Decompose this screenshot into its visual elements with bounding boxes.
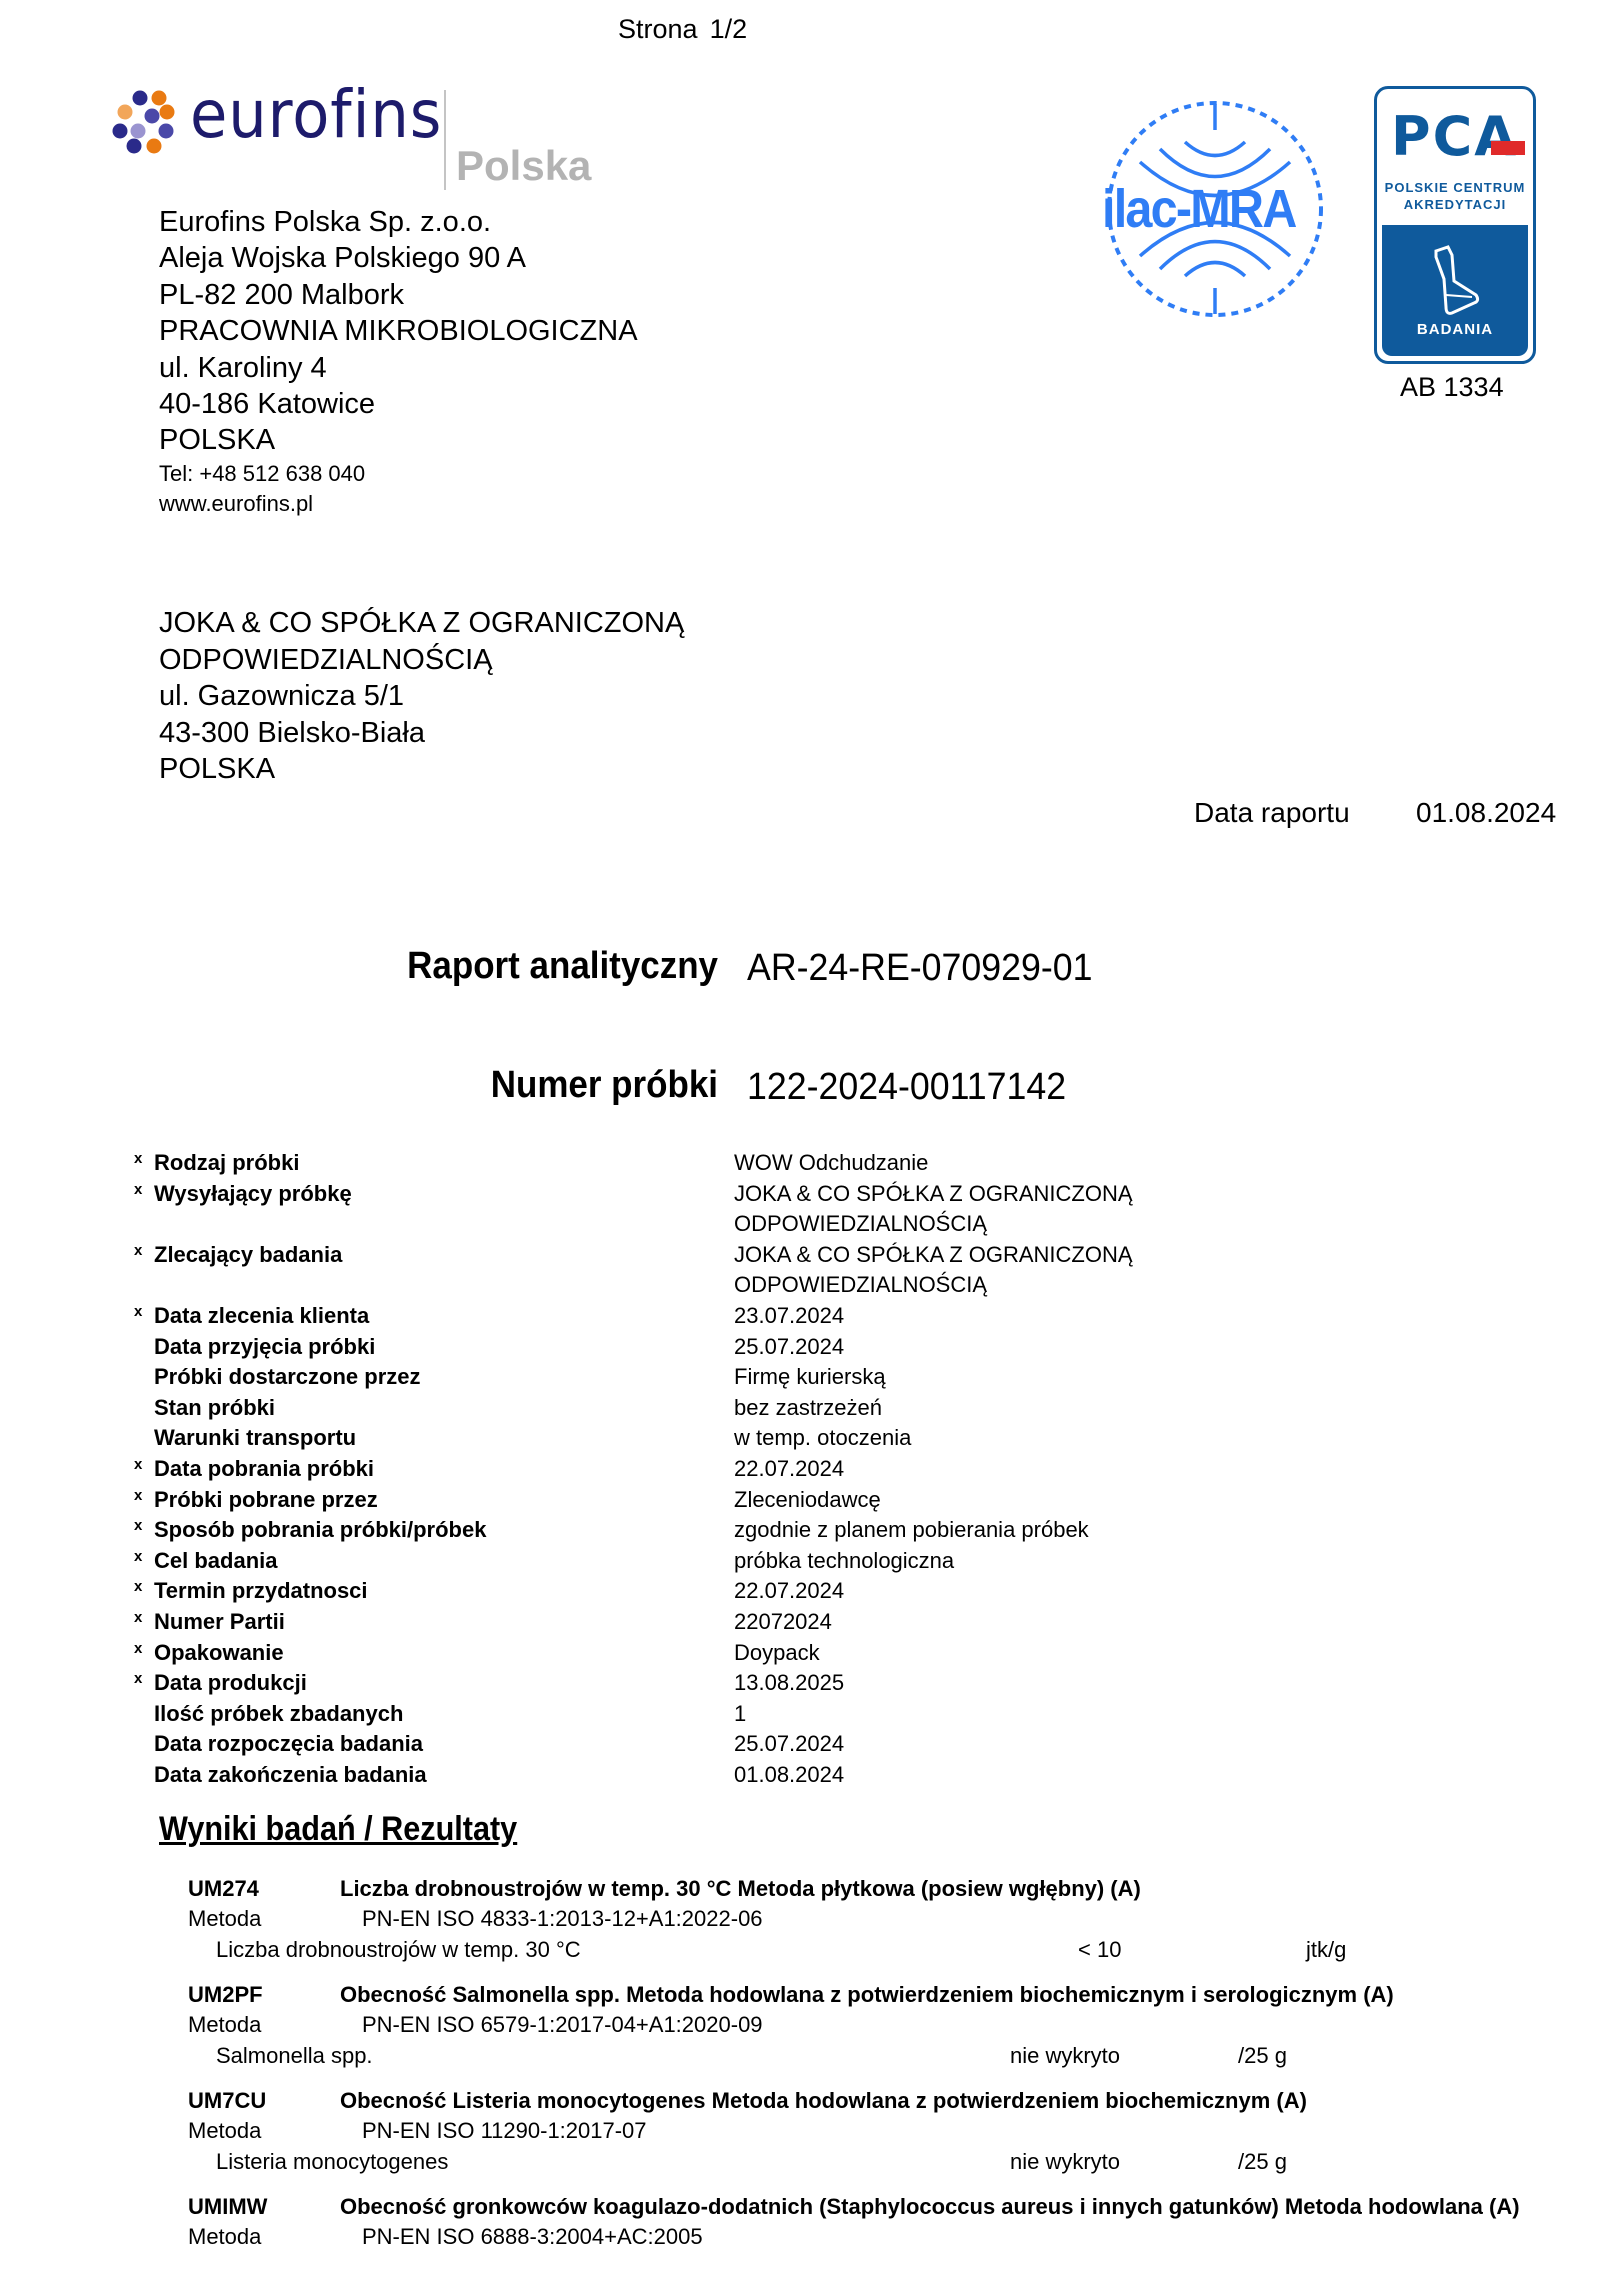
detail-value: zgodnie z planem pobierania próbek [734, 1515, 1434, 1546]
detail-row: xData zlecenia klienta23.07.2024 [134, 1301, 1434, 1332]
test-method: MetodaPN-EN ISO 4833-1:2013-12+A1:2022-0… [188, 1904, 1588, 1934]
detail-mark: x [134, 1454, 154, 1485]
results-list: UM274Liczba drobnoustrojów w temp. 30 °C… [188, 1874, 1588, 2266]
detail-value-line: JOKA & CO SPÓŁKA Z OGRANICZONĄ [734, 1179, 1434, 1210]
detail-value-line: 13.08.2025 [734, 1668, 1434, 1699]
detail-mark [134, 1332, 154, 1363]
detail-row: xRodzaj próbkiWOW Odchudzanie [134, 1148, 1434, 1179]
detail-value-line: zgodnie z planem pobierania próbek [734, 1515, 1434, 1546]
detail-label: Stan próbki [154, 1393, 734, 1424]
detail-value-line: ODPOWIEDZIALNOŚCIĄ [734, 1270, 1434, 1301]
result-parameter: Liczba drobnoustrojów w temp. 30 °C [188, 1934, 1010, 1966]
test-method: MetodaPN-EN ISO 11290-1:2017-07 [188, 2116, 1588, 2146]
detail-value: próbka technologiczna [734, 1546, 1434, 1577]
detail-value: WOW Odchudzanie [734, 1148, 1434, 1179]
detail-label: Data zlecenia klienta [154, 1301, 734, 1332]
detail-value: 13.08.2025 [734, 1668, 1434, 1699]
detail-value-line: 22.07.2024 [734, 1576, 1434, 1607]
detail-label: Warunki transportu [154, 1423, 734, 1454]
eurofins-logo: eurofins Polska [108, 84, 608, 194]
flask-icon [1428, 245, 1484, 315]
test-code: UM274 [188, 1874, 340, 1904]
detail-label: Data przyjęcia próbki [154, 1332, 734, 1363]
detail-label: Data produkcji [154, 1668, 734, 1699]
detail-mark [134, 1760, 154, 1791]
detail-value: 1 [734, 1699, 1434, 1730]
logo-wordmark: eurofins [190, 76, 442, 153]
result-value: < 10 [1010, 1934, 1306, 1966]
accreditation-number: AB 1334 [1400, 372, 1504, 403]
sample-id: 122-2024-00117142 [747, 1066, 1066, 1109]
detail-row: xCel badaniapróbka technologiczna [134, 1546, 1434, 1577]
detail-label: Zlecający badania [154, 1240, 734, 1301]
detail-mark [134, 1393, 154, 1424]
client-address-line: POLSKA [159, 751, 684, 788]
detail-value-line: WOW Odchudzanie [734, 1148, 1434, 1179]
result-parameter: Listeria monocytogenes [188, 2146, 1010, 2178]
detail-row: Data rozpoczęcia badania25.07.2024 [134, 1729, 1434, 1760]
detail-mark: x [134, 1576, 154, 1607]
test-code: UM2PF [188, 1980, 340, 2010]
client-address: JOKA & CO SPÓŁKA Z OGRANICZONĄ ODPOWIEDZ… [159, 605, 684, 788]
detail-label: Opakowanie [154, 1638, 734, 1669]
lab-website[interactable]: www.eurofins.pl [159, 489, 638, 519]
detail-mark [134, 1423, 154, 1454]
detail-value-line: 25.07.2024 [734, 1729, 1434, 1760]
detail-value-line: Firmę kurierską [734, 1362, 1434, 1393]
test-name: Obecność gronkowców koagulazo-dodatnich … [340, 2192, 1520, 2222]
method-value: PN-EN ISO 6579-1:2017-04+A1:2020-09 [362, 2010, 763, 2040]
detail-label: Numer Partii [154, 1607, 734, 1638]
detail-value: 25.07.2024 [734, 1729, 1434, 1760]
detail-value: 22.07.2024 [734, 1576, 1434, 1607]
lab-address-line: PL-82 200 Malbork [159, 277, 638, 313]
logo-country: Polska [456, 142, 591, 190]
detail-label: Wysyłający próbkę [154, 1179, 734, 1240]
method-label: Metoda [188, 2010, 362, 2040]
detail-row: Ilość próbek zbadanych1 [134, 1699, 1434, 1730]
lab-address-line: POLSKA [159, 422, 638, 458]
detail-value-line: JOKA & CO SPÓŁKA Z OGRANICZONĄ [734, 1240, 1434, 1271]
detail-mark: x [134, 1668, 154, 1699]
detail-row: xData pobrania próbki22.07.2024 [134, 1454, 1434, 1485]
detail-label: Sposób pobrania próbki/próbek [154, 1515, 734, 1546]
detail-mark: x [134, 1607, 154, 1638]
results-title: Wyniki badań / Rezultaty [159, 1810, 517, 1849]
ilac-mra-logo: ilac-MRA [1100, 94, 1330, 324]
lab-address-line: Aleja Wojska Polskiego 90 A [159, 240, 638, 276]
detail-value: 22.07.2024 [734, 1454, 1434, 1485]
test-block: UMIMWObecność gronkowców koagulazo-dodat… [188, 2192, 1588, 2252]
client-address-line: JOKA & CO SPÓŁKA Z OGRANICZONĄ [159, 605, 684, 642]
detail-value-line: 01.08.2024 [734, 1760, 1434, 1791]
lab-address-line: Eurofins Polska Sp. z.o.o. [159, 204, 638, 240]
result-unit: /25 g [1238, 2040, 1358, 2072]
report-title: Raport analityczny [57, 945, 718, 988]
test-code: UMIMW [188, 2192, 340, 2222]
lab-address-line: 40-186 Katowice [159, 386, 638, 422]
method-label: Metoda [188, 2222, 362, 2252]
test-name: Obecność Salmonella spp. Metoda hodowlan… [340, 1980, 1394, 2010]
lab-address: Eurofins Polska Sp. z.o.o. Aleja Wojska … [159, 204, 638, 519]
method-value: PN-EN ISO 4833-1:2013-12+A1:2022-06 [362, 1904, 763, 1934]
test-name: Liczba drobnoustrojów w temp. 30 °C Meto… [340, 1874, 1141, 1904]
page-label: Strona [618, 14, 698, 45]
detail-row: xNumer Partii22072024 [134, 1607, 1434, 1638]
pca-red-accent [1491, 141, 1525, 155]
test-result: Liczba drobnoustrojów w temp. 30 °C< 10j… [188, 1934, 1588, 1966]
detail-value-line: 1 [734, 1699, 1434, 1730]
detail-row: Próbki dostarczone przezFirmę kurierską [134, 1362, 1434, 1393]
pca-logo: PCA Polskie Centrum Akredytacji BADANIA [1374, 86, 1536, 364]
detail-row: xWysyłający próbkęJOKA & CO SPÓŁKA Z OGR… [134, 1179, 1434, 1240]
method-label: Metoda [188, 1904, 362, 1934]
detail-row: Data przyjęcia próbki25.07.2024 [134, 1332, 1434, 1363]
detail-mark: x [134, 1485, 154, 1516]
detail-value: 22072024 [734, 1607, 1434, 1638]
detail-value-line: w temp. otoczenia [734, 1423, 1434, 1454]
detail-mark: x [134, 1301, 154, 1332]
detail-label: Rodzaj próbki [154, 1148, 734, 1179]
detail-mark: x [134, 1240, 154, 1301]
result-parameter: Salmonella spp. [188, 2040, 1010, 2072]
detail-label: Data zakończenia badania [154, 1760, 734, 1791]
test-header: UM2PFObecność Salmonella spp. Metoda hod… [188, 1980, 1588, 2010]
detail-row: Warunki transportuw temp. otoczenia [134, 1423, 1434, 1454]
detail-row: xOpakowanieDoypack [134, 1638, 1434, 1669]
detail-label: Data rozpoczęcia badania [154, 1729, 734, 1760]
test-method: MetodaPN-EN ISO 6888-3:2004+AC:2005 [188, 2222, 1588, 2252]
detail-value-line: próbka technologiczna [734, 1546, 1434, 1577]
result-value: nie wykryto [1010, 2146, 1238, 2178]
detail-row: Data zakończenia badania01.08.2024 [134, 1760, 1434, 1791]
detail-value: JOKA & CO SPÓŁKA Z OGRANICZONĄODPOWIEDZI… [734, 1240, 1434, 1301]
client-address-line: 43-300 Bielsko-Biała [159, 715, 684, 752]
detail-mark: x [134, 1638, 154, 1669]
detail-value-line: 22.07.2024 [734, 1454, 1434, 1485]
detail-mark: x [134, 1179, 154, 1240]
client-address-line: ul. Gazownicza 5/1 [159, 678, 684, 715]
detail-value: bez zastrzeżeń [734, 1393, 1434, 1424]
eurofins-dots-icon [112, 88, 182, 158]
method-label: Metoda [188, 2116, 362, 2146]
test-method: MetodaPN-EN ISO 6579-1:2017-04+A1:2020-0… [188, 2010, 1588, 2040]
detail-value: w temp. otoczenia [734, 1423, 1434, 1454]
detail-row: xZlecający badaniaJOKA & CO SPÓŁKA Z OGR… [134, 1240, 1434, 1301]
pca-subtitle-line: Akredytacji [1377, 196, 1533, 213]
detail-value-line: ODPOWIEDZIALNOŚCIĄ [734, 1209, 1434, 1240]
detail-mark: x [134, 1546, 154, 1577]
detail-value-line: 25.07.2024 [734, 1332, 1434, 1363]
detail-value-line: 22072024 [734, 1607, 1434, 1638]
detail-label: Data pobrania próbki [154, 1454, 734, 1485]
detail-mark [134, 1699, 154, 1730]
pca-badge-label: BADANIA [1382, 321, 1528, 338]
detail-label: Próbki dostarczone przez [154, 1362, 734, 1393]
detail-label: Cel badania [154, 1546, 734, 1577]
test-code: UM7CU [188, 2086, 340, 2116]
detail-mark [134, 1362, 154, 1393]
test-block: UM7CUObecność Listeria monocytogenes Met… [188, 2086, 1588, 2178]
test-name: Obecność Listeria monocytogenes Metoda h… [340, 2086, 1307, 2116]
report-date-label: Data raportu [1194, 797, 1350, 829]
detail-value-line: Doypack [734, 1638, 1434, 1669]
test-result: Salmonella spp.nie wykryto/25 g [188, 2040, 1588, 2072]
detail-value-line: 23.07.2024 [734, 1301, 1434, 1332]
sample-title: Numer próbki [57, 1064, 718, 1107]
detail-mark [134, 1729, 154, 1760]
detail-row: Stan próbkibez zastrzeżeń [134, 1393, 1434, 1424]
page-number: Strona1/2 [618, 14, 747, 45]
detail-row: xData produkcji13.08.2025 [134, 1668, 1434, 1699]
lab-phone: Tel: +48 512 638 040 [159, 459, 638, 489]
detail-row: xSposób pobrania próbki/próbekzgodnie z … [134, 1515, 1434, 1546]
detail-value: 25.07.2024 [734, 1332, 1434, 1363]
logo-divider [444, 90, 446, 190]
test-block: UM274Liczba drobnoustrojów w temp. 30 °C… [188, 1874, 1588, 1966]
result-value: nie wykryto [1010, 2040, 1238, 2072]
detail-value: 23.07.2024 [734, 1301, 1434, 1332]
test-header: UM7CUObecność Listeria monocytogenes Met… [188, 2086, 1588, 2116]
detail-mark: x [134, 1515, 154, 1546]
result-unit: jtk/g [1306, 1934, 1426, 1966]
detail-value-line: bez zastrzeżeń [734, 1393, 1434, 1424]
method-value: PN-EN ISO 6888-3:2004+AC:2005 [362, 2222, 703, 2252]
detail-label: Próbki pobrane przez [154, 1485, 734, 1516]
pca-subtitle-line: Polskie Centrum [1377, 179, 1533, 196]
detail-label: Termin przydatnosci [154, 1576, 734, 1607]
client-address-line: ODPOWIEDZIALNOŚCIĄ [159, 642, 684, 679]
detail-row: xPróbki pobrane przezZleceniodawcę [134, 1485, 1434, 1516]
detail-value: Zleceniodawcę [734, 1485, 1434, 1516]
lab-address-line: ul. Karoliny 4 [159, 350, 638, 386]
test-block: UM2PFObecność Salmonella spp. Metoda hod… [188, 1980, 1588, 2072]
pca-title: PCA [1391, 105, 1518, 168]
detail-label: Ilość próbek zbadanych [154, 1699, 734, 1730]
detail-value: 01.08.2024 [734, 1760, 1434, 1791]
test-result: Listeria monocytogenesnie wykryto/25 g [188, 2146, 1588, 2178]
test-header: UM274Liczba drobnoustrojów w temp. 30 °C… [188, 1874, 1588, 1904]
detail-mark: x [134, 1148, 154, 1179]
result-unit: /25 g [1238, 2146, 1358, 2178]
detail-row: xTermin przydatnosci22.07.2024 [134, 1576, 1434, 1607]
ilac-mra-label: ilac-MRA [1102, 178, 1296, 240]
report-id: AR-24-RE-070929-01 [747, 947, 1092, 990]
detail-value: JOKA & CO SPÓŁKA Z OGRANICZONĄODPOWIEDZI… [734, 1179, 1434, 1240]
method-value: PN-EN ISO 11290-1:2017-07 [362, 2116, 647, 2146]
detail-value-line: Zleceniodawcę [734, 1485, 1434, 1516]
sample-details: xRodzaj próbkiWOW OdchudzaniexWysyłający… [134, 1148, 1434, 1790]
report-date-value: 01.08.2024 [1416, 797, 1556, 829]
pca-badge-box: BADANIA [1382, 225, 1528, 356]
pca-subtitle: Polskie Centrum Akredytacji [1377, 179, 1533, 213]
detail-value: Doypack [734, 1638, 1434, 1669]
test-header: UMIMWObecność gronkowców koagulazo-dodat… [188, 2192, 1588, 2222]
lab-address-line: PRACOWNIA MIKROBIOLOGICZNA [159, 313, 638, 349]
detail-value: Firmę kurierską [734, 1362, 1434, 1393]
page-value: 1/2 [710, 14, 748, 45]
